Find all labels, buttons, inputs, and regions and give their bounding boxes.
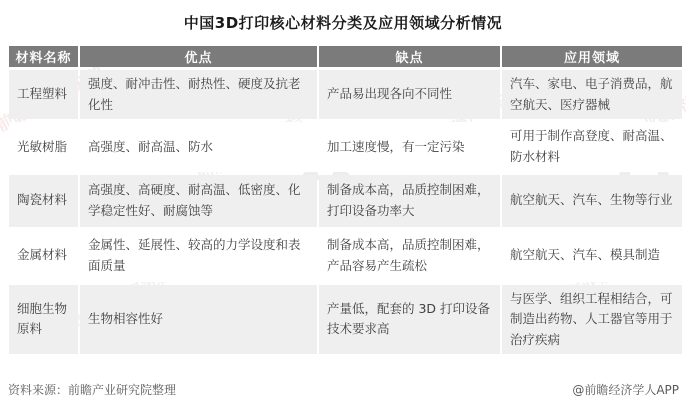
pros-cell: 金属性、延展性、较高的力学设度和表面质量	[80, 230, 317, 282]
table-row-cell-bio-materials: 细胞生物原料 生物相容性好 产量低，配套的 3D 打印设备技术要求高 与医学、组…	[9, 285, 682, 355]
applications-cell: 航空航天、汽车、生物等行业	[502, 175, 682, 227]
pros-cell: 高强度、耐高温、防水	[80, 122, 317, 171]
infographic-page: 前瞻产业研究院 前瞻产业研究院 前瞻产业研究院 前瞻产业研究院 前瞻产业研究院 …	[0, 0, 686, 407]
cons-cell: 产量低，配套的 3D 打印设备技术要求高	[319, 285, 500, 355]
pros-cell: 强度、耐冲击性、耐热性、硬度及抗老化性	[80, 70, 317, 119]
header-cell-material: 材料名称	[9, 46, 78, 67]
cons-cell: 制备成本高，品质控制困难，产品容易产生疏松	[319, 230, 500, 282]
pros-cell: 生物相容性好	[80, 285, 317, 355]
table-row-photosensitive-resin: 光敏树脂 高强度、耐高温、防水 加工速度慢，有一定污染 可用于制作高登度、耐高温…	[9, 122, 682, 171]
applications-cell: 与医学、组织工程相结合，可制造出药物、人工器官等用于治疗疾病	[502, 285, 682, 355]
pros-cell: 高强度、高硬度、耐高温、低密度、化学稳定性好、耐腐蚀等	[80, 175, 317, 227]
credit-note: @前瞻经济学人APP	[572, 381, 679, 398]
header-cell-pros: 优点	[80, 46, 317, 67]
cons-cell: 产品易出现各向不同性	[319, 70, 500, 119]
material-name-cell: 细胞生物原料	[9, 285, 78, 355]
footer: 资料来源：前瞻产业研究院整理 @前瞻经济学人APP	[8, 381, 679, 398]
material-name-cell: 工程塑料	[9, 70, 78, 119]
table-row-ceramic-materials: 陶瓷材料 高强度、高硬度、耐高温、低密度、化学稳定性好、耐腐蚀等 制备成本高，品…	[9, 175, 682, 227]
material-name-cell: 陶瓷材料	[9, 175, 78, 227]
header-cell-applications: 应用领域	[502, 46, 682, 67]
applications-cell: 汽车、家电、电子消费品，航空航天、医疗器械	[502, 70, 682, 119]
page-title: 中国3D打印核心材料分类及应用领域分析情况	[0, 0, 686, 33]
materials-table: 材料名称 优点 缺点 应用领域 工程塑料 强度、耐冲击性、耐热性、硬度及抗老化性…	[7, 43, 684, 357]
source-note: 资料来源：前瞻产业研究院整理	[8, 381, 176, 398]
material-name-cell: 光敏树脂	[9, 122, 78, 171]
applications-cell: 航空航天、汽车、模具制造	[502, 230, 682, 282]
header-cell-cons: 缺点	[319, 46, 500, 67]
table-row-metal-materials: 金属材料 金属性、延展性、较高的力学设度和表面质量 制备成本高，品质控制困难，产…	[9, 230, 682, 282]
table-header-row: 材料名称 优点 缺点 应用领域	[9, 46, 682, 67]
applications-cell: 可用于制作高登度、耐高温、防水材料	[502, 122, 682, 171]
cons-cell: 加工速度慢，有一定污染	[319, 122, 500, 171]
cons-cell: 制备成本高，品质控制困难，打印设备功率大	[319, 175, 500, 227]
material-name-cell: 金属材料	[9, 230, 78, 282]
table-row-engineering-plastics: 工程塑料 强度、耐冲击性、耐热性、硬度及抗老化性 产品易出现各向不同性 汽车、家…	[9, 70, 682, 119]
